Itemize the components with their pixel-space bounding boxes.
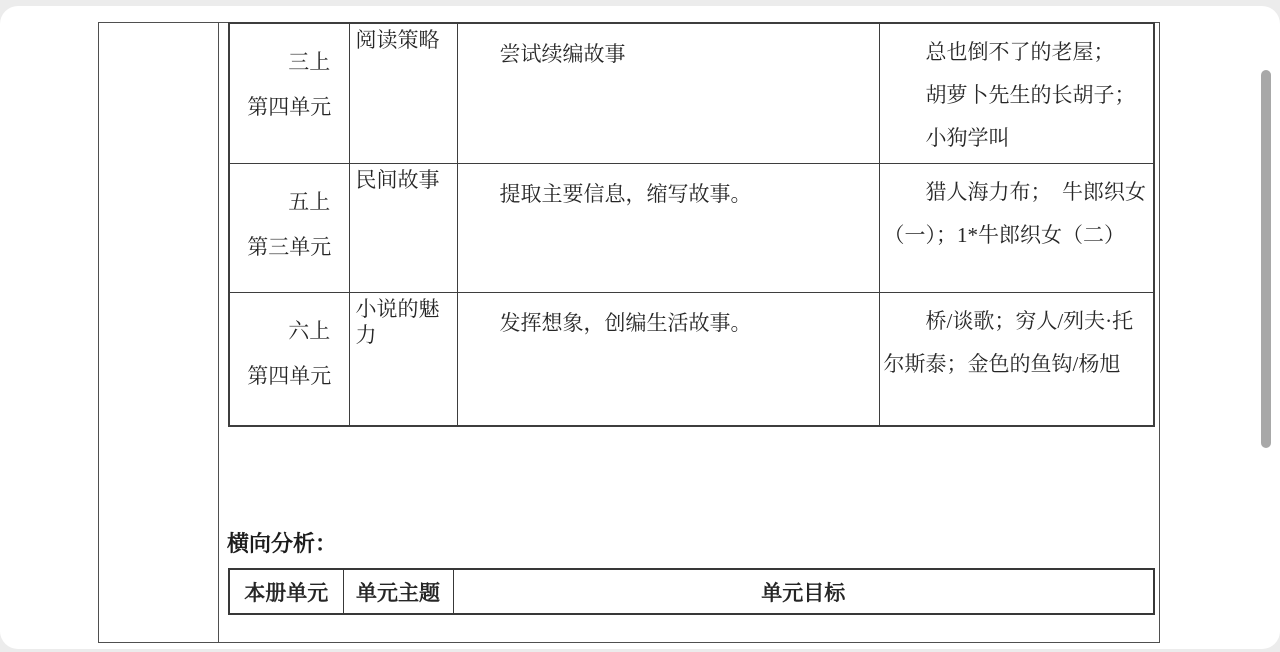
outer-column-divider (218, 23, 219, 642)
texts-cell: 总也倒不了的老屋； 胡萝卜先生的长胡子； 小狗学叫 (879, 23, 1154, 163)
unit-number: 第四单元 (230, 354, 349, 399)
unit-grade: 五上 (230, 180, 349, 225)
unit-grade: 六上 (230, 309, 349, 354)
text-title: 小狗学叫 (884, 117, 1150, 160)
header-cell-theme: 单元主题 (343, 569, 453, 614)
unit-cell: 六上 第四单元 (229, 292, 349, 426)
texts-cell: 桥/谈歌；穷人/列夫·托 尔斯泰；金色的鱼钩/杨旭 (879, 292, 1154, 426)
unit-grade: 三上 (230, 40, 349, 85)
header-cell-goal: 单元目标 (453, 569, 1154, 614)
table-row: 六上 第四单元 小说的魅力 发挥想象，创编生活故事。 桥/谈歌；穷人/列夫·托 … (229, 292, 1154, 426)
goal-text: 尝试续编故事 (458, 24, 879, 69)
header-cell-unit: 本册单元 (229, 569, 343, 614)
text-title: 胡萝卜先生的长胡子； (884, 74, 1150, 117)
analysis-table: 本册单元 单元主题 单元目标 (228, 568, 1155, 615)
vertical-scrollbar-thumb[interactable] (1261, 70, 1271, 448)
text-titles-line: 猎人海力布； 牛郎织女 (884, 171, 1150, 214)
theme-cell: 民间故事 (349, 163, 457, 292)
content-layer: 三上 第四单元 阅读策略 尝试续编故事 总也倒不了的老屋； 胡萝卜先生的长胡子；… (0, 0, 1280, 652)
text-title: 总也倒不了的老屋； (884, 31, 1150, 74)
header-row: 本册单元 单元主题 单元目标 (229, 569, 1154, 614)
section-heading: 横向分析： (227, 527, 337, 558)
text-titles-line: （一）；1*牛郎织女（二） (884, 214, 1150, 257)
table-row: 五上 第三单元 民间故事 提取主要信息，缩写故事。 猎人海力布； 牛郎织女 （一… (229, 163, 1154, 292)
goal-cell: 发挥想象，创编生活故事。 (457, 292, 879, 426)
theme-cell: 小说的魅力 (349, 292, 457, 426)
text-titles-line: 桥/谈歌；穷人/列夫·托 (884, 300, 1150, 343)
unit-number: 第三单元 (230, 225, 349, 270)
unit-cell: 五上 第三单元 (229, 163, 349, 292)
text-titles-line: 尔斯泰；金色的鱼钩/杨旭 (884, 343, 1150, 386)
curriculum-table: 三上 第四单元 阅读策略 尝试续编故事 总也倒不了的老屋； 胡萝卜先生的长胡子；… (228, 22, 1155, 427)
unit-number: 第四单元 (230, 85, 349, 130)
goal-cell: 提取主要信息，缩写故事。 (457, 163, 879, 292)
table-row: 三上 第四单元 阅读策略 尝试续编故事 总也倒不了的老屋； 胡萝卜先生的长胡子；… (229, 23, 1154, 163)
goal-cell: 尝试续编故事 (457, 23, 879, 163)
goal-text: 发挥想象，创编生活故事。 (458, 293, 879, 338)
goal-text: 提取主要信息，缩写故事。 (458, 164, 879, 209)
texts-cell: 猎人海力布； 牛郎织女 （一）；1*牛郎织女（二） (879, 163, 1154, 292)
theme-cell: 阅读策略 (349, 23, 457, 163)
unit-cell: 三上 第四单元 (229, 23, 349, 163)
